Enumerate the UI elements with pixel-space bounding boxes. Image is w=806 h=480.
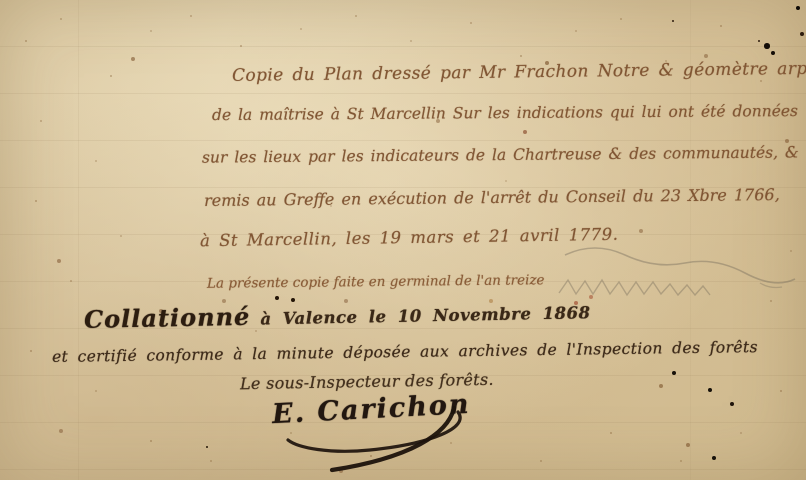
certification-date-rest: à Valence le 10 Novembre 1868 [260, 303, 591, 328]
manuscript-line-5: à St Marcellin, les 19 mars et 21 avril … [200, 225, 619, 251]
foxing-specks-medium [0, 0, 2, 2]
manuscript-line-1: Copie du Plan dressé par Mr Frachon Notr… [232, 58, 806, 86]
foxing-specks-small [0, 0, 2, 2]
signature: E. Carichon [271, 389, 471, 430]
certification-conform-line: et certifié conforme à la minute déposée… [52, 338, 758, 366]
ink-fleck-spots [0, 0, 2, 2]
manuscript-line-3: sur les lieux par les indicateurs de la … [202, 143, 799, 166]
collationne-lead-word: Collationné [84, 302, 251, 334]
manuscript-line-4: remis au Greffe en exécution de l'arrêt … [204, 185, 780, 210]
manuscript-line-2: de la maîtrise à St Marcellin Sur les in… [212, 102, 798, 124]
manuscript-page: Copie du Plan dressé par Mr Frachon Notr… [0, 0, 806, 480]
copy-note-line: La présente copie faite en germinal de l… [207, 272, 545, 292]
certification-date-line: Collationnéà Valence le 10 Novembre 1868 [84, 295, 591, 334]
